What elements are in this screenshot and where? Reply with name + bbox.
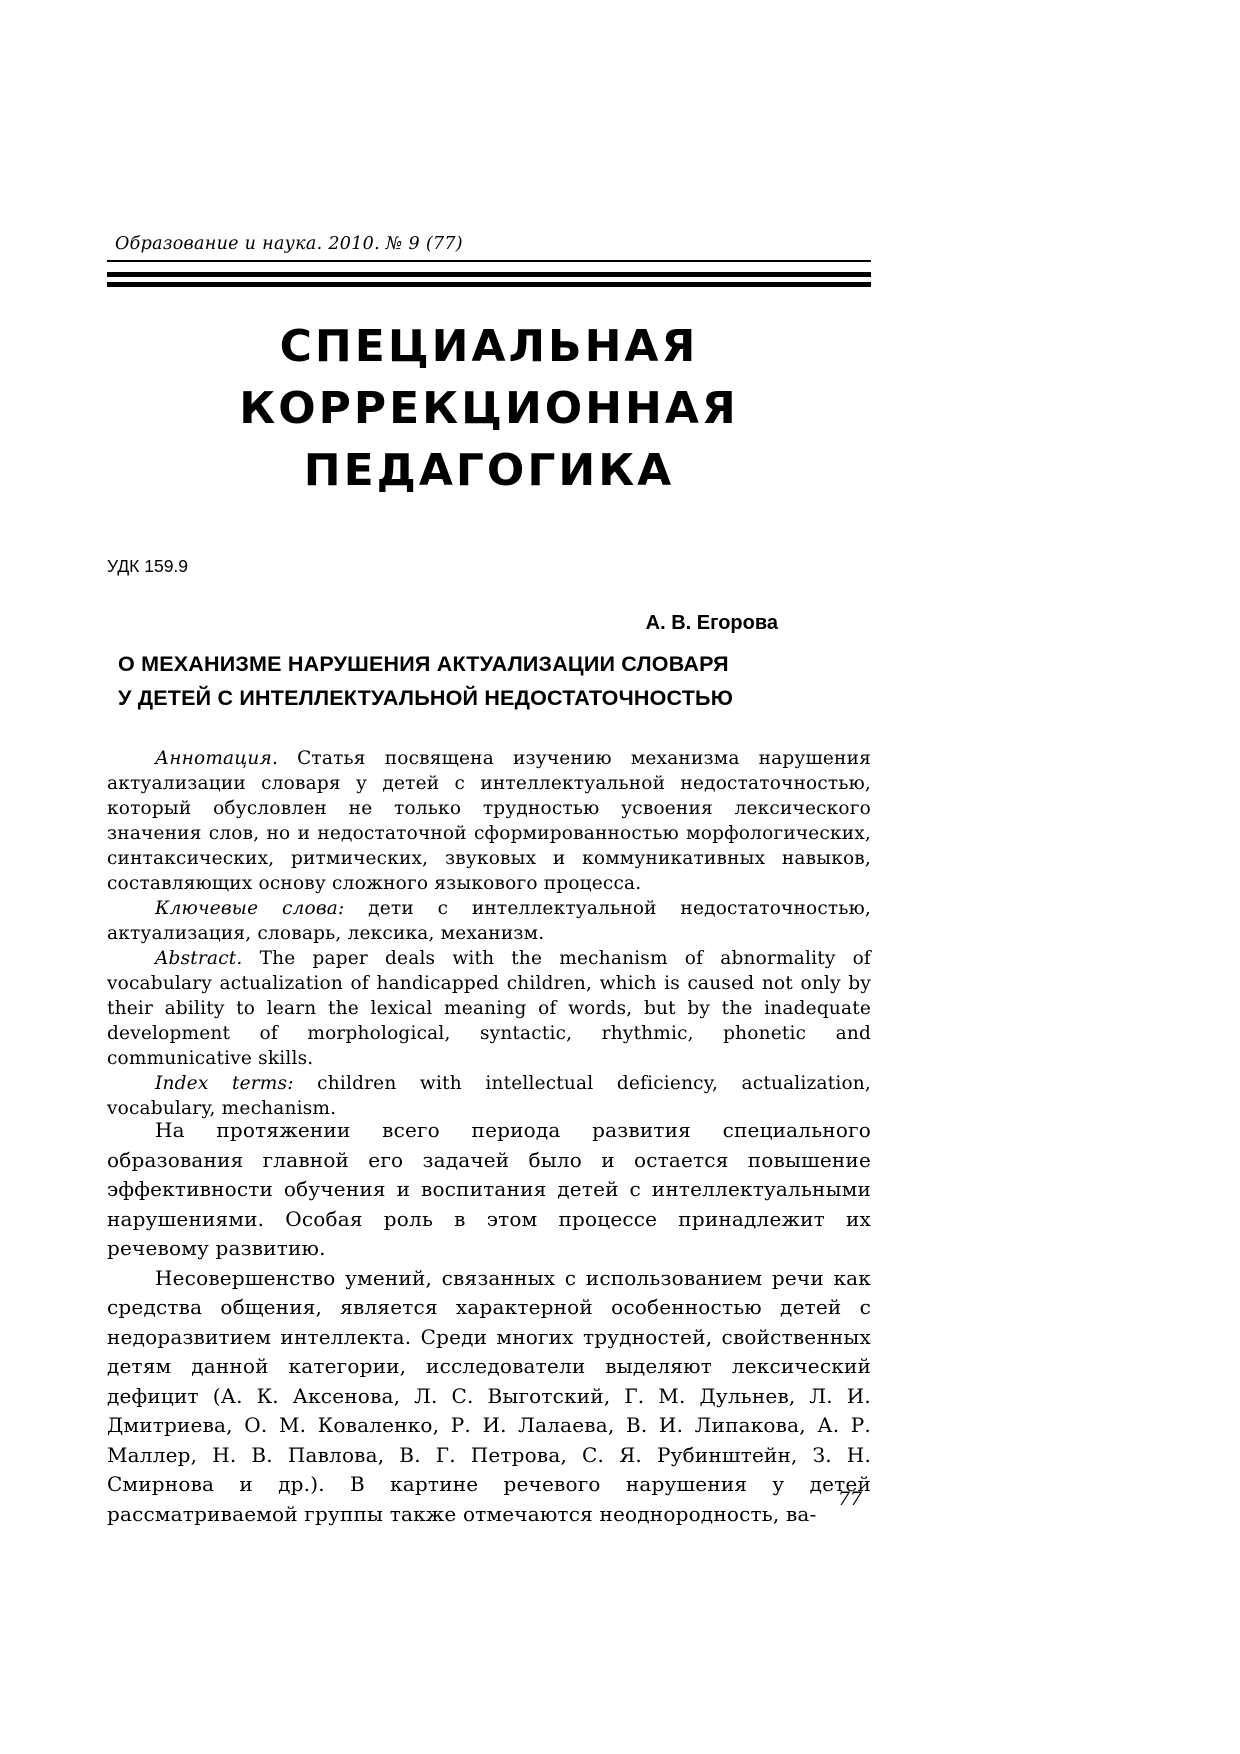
abstract-label: Abstract. bbox=[155, 948, 242, 969]
annotation-paragraph: Аннотация. Статья посвящена изучению мех… bbox=[107, 746, 871, 896]
udk-code: УДК 159.9 bbox=[107, 556, 188, 577]
journal-running-head: Образование и наука. 2010. № 9 (77) bbox=[115, 234, 463, 254]
article-title: О МЕХАНИЗМЕ НАРУШЕНИЯ АКТУАЛИЗАЦИИ СЛОВА… bbox=[118, 647, 830, 715]
section-title: СПЕЦИАЛЬНАЯ КОРРЕКЦИОННАЯ ПЕДАГОГИКА bbox=[107, 316, 871, 502]
section-title-line-1: СПЕЦИАЛЬНАЯ bbox=[107, 316, 871, 378]
section-title-line-3: ПЕДАГОГИКА bbox=[107, 440, 871, 502]
annotation-text: Статья посвящена изучению механизма нару… bbox=[107, 748, 871, 894]
index-terms-paragraph: Index terms: children with intellectual … bbox=[107, 1071, 871, 1121]
header-rule-thin bbox=[107, 260, 871, 262]
author-name: А. В. Егорова bbox=[107, 612, 778, 635]
header-rule-thick-bottom bbox=[107, 282, 871, 287]
abstract-section: Аннотация. Статья посвящена изучению мех… bbox=[107, 746, 871, 1121]
index-terms-label: Index terms: bbox=[155, 1073, 294, 1094]
keywords-paragraph: Ключевые слова: дети с интеллектуальной … bbox=[107, 896, 871, 946]
article-title-line-2: У ДЕТЕЙ С ИНТЕЛЛЕКТУАЛЬНОЙ НЕДОСТАТОЧНОС… bbox=[118, 681, 830, 715]
article-body: На протяжении всего периода развития спе… bbox=[107, 1116, 871, 1529]
keywords-label: Ключевые слова: bbox=[155, 898, 344, 919]
abstract-paragraph: Abstract. The paper deals with the mecha… bbox=[107, 946, 871, 1071]
article-title-line-1: О МЕХАНИЗМЕ НАРУШЕНИЯ АКТУАЛИЗАЦИИ СЛОВА… bbox=[118, 647, 830, 681]
body-paragraph: На протяжении всего периода развития спе… bbox=[107, 1116, 871, 1264]
section-title-line-2: КОРРЕКЦИОННАЯ bbox=[107, 378, 871, 440]
header-rule-thick-top bbox=[107, 272, 871, 277]
annotation-label: Аннотация. bbox=[155, 748, 278, 769]
page-number: 77 bbox=[107, 1488, 862, 1510]
